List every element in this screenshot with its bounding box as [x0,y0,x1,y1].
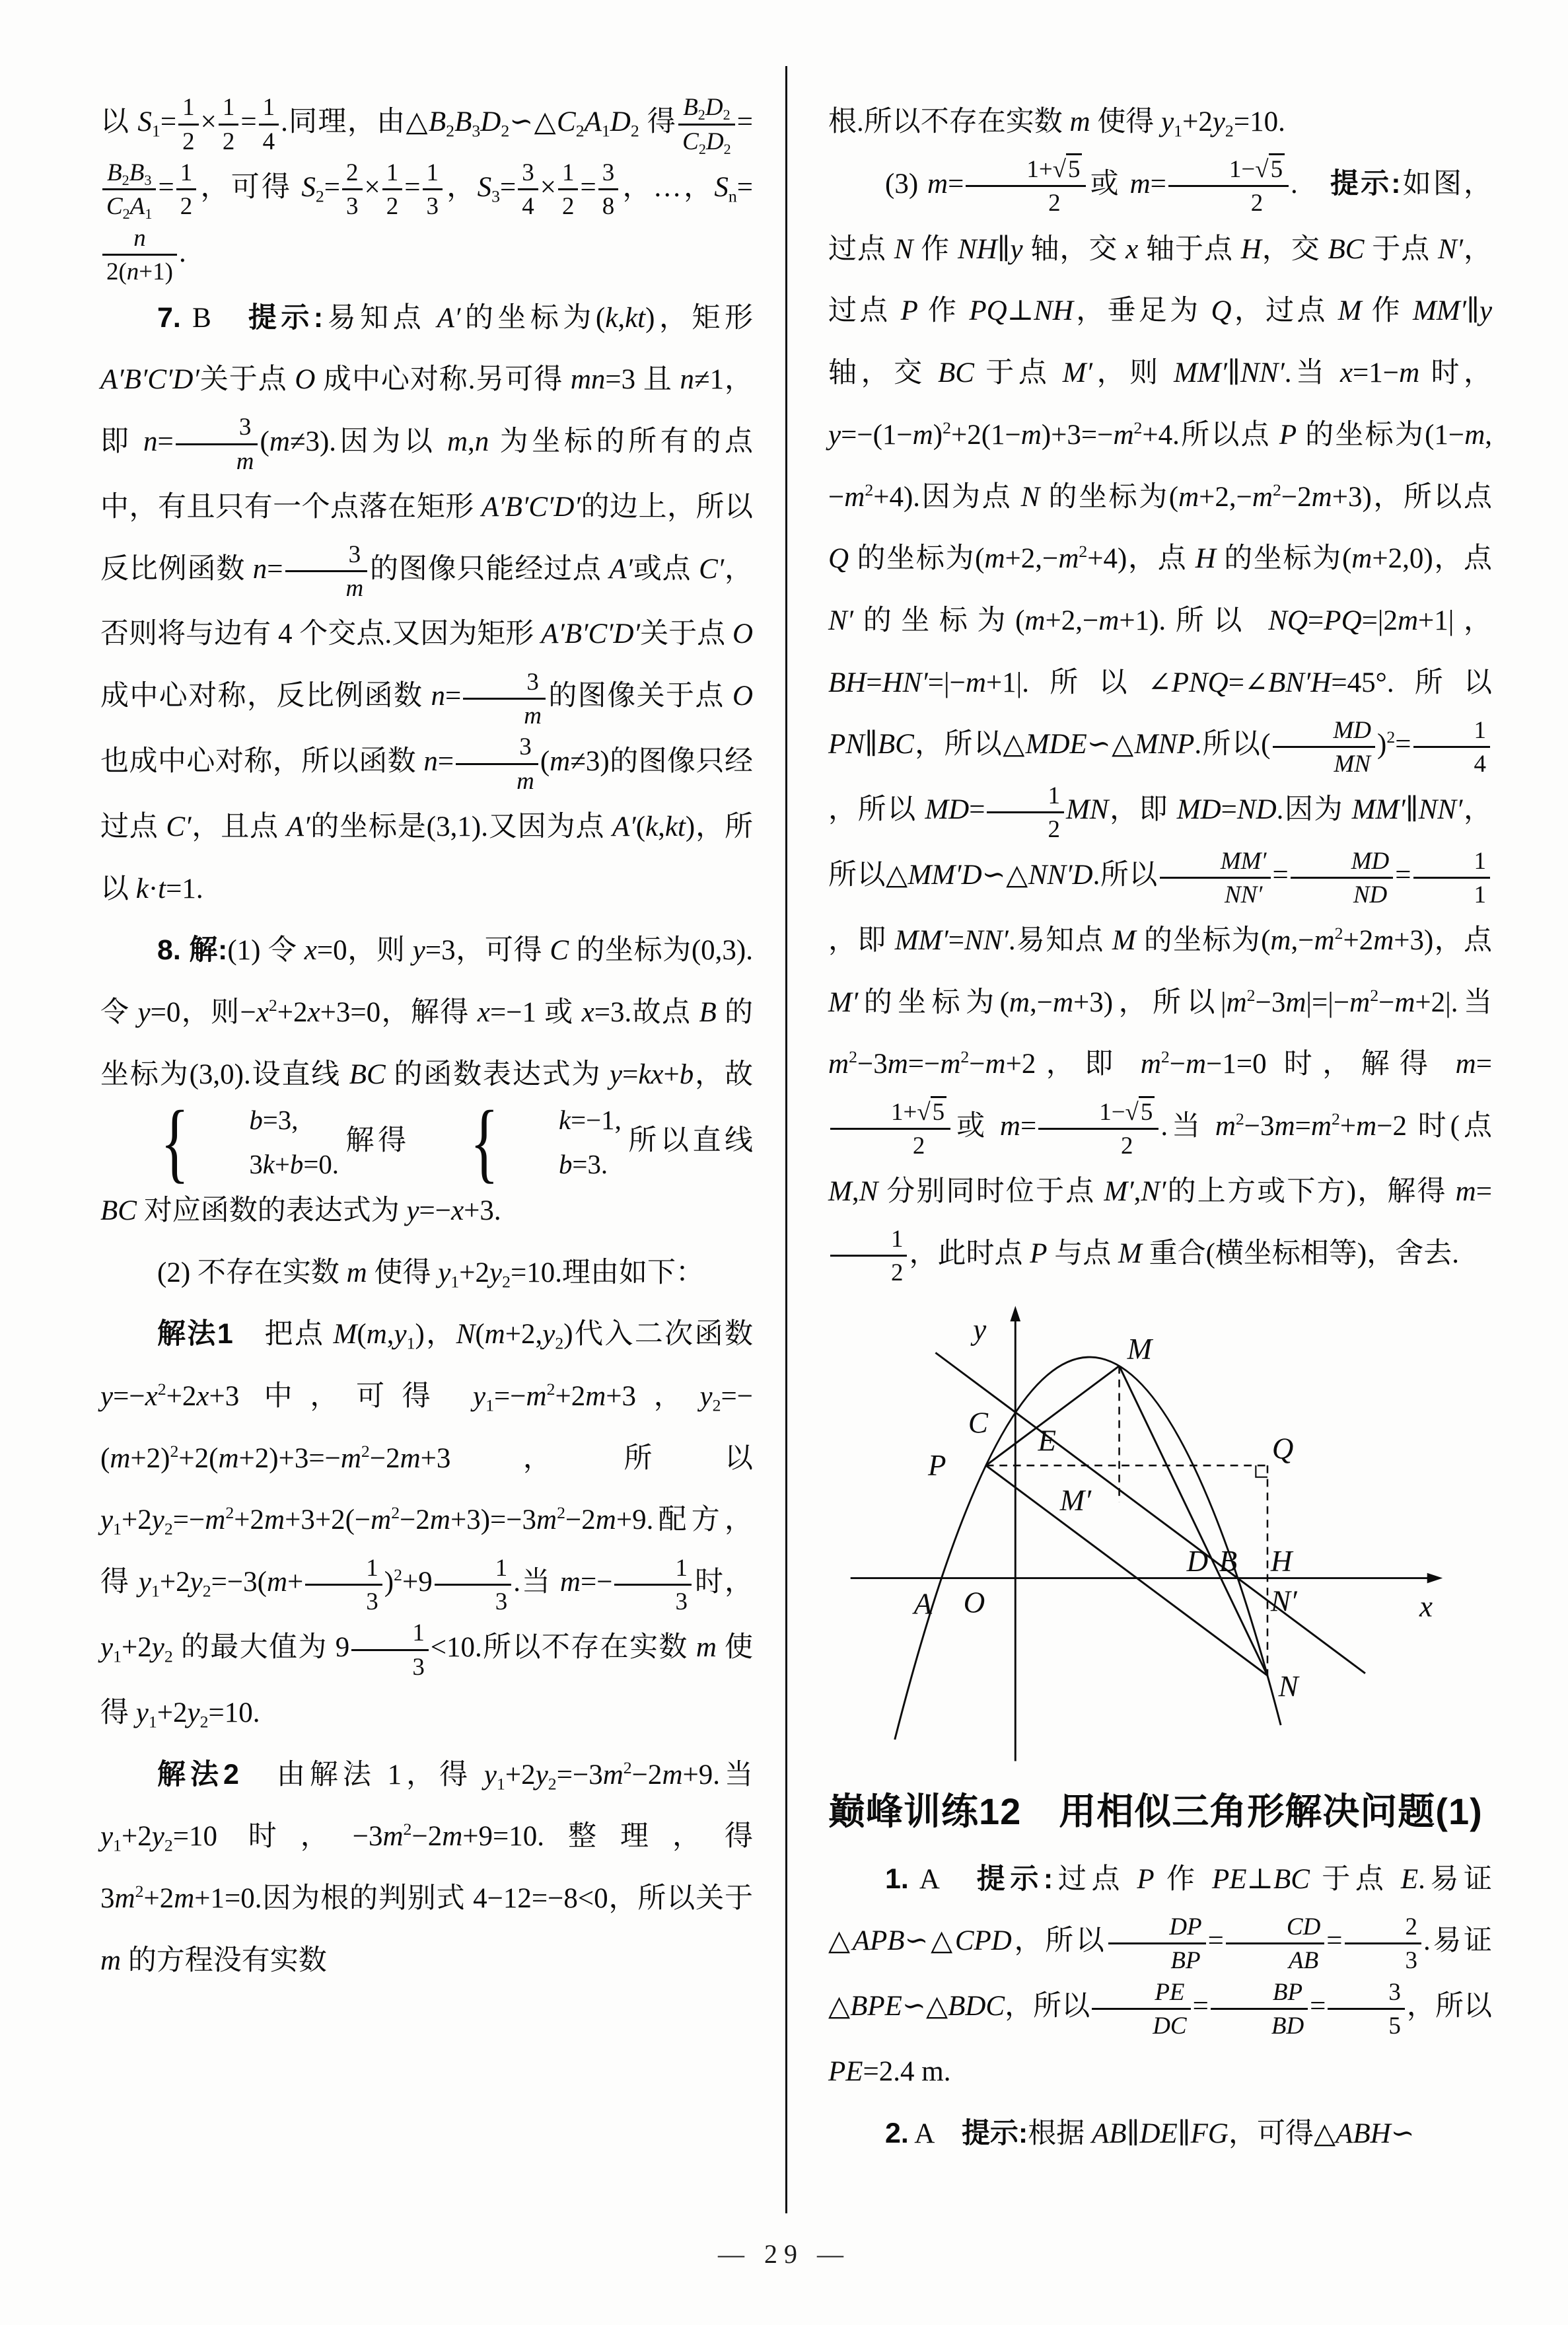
paragraph: 以 S1=12×12=14.同理，由△B2B3D2∽△C2A1D2 得B2D2C… [100,91,753,287]
left-column: 以 S1=12×12=14.同理，由△B2B3D2∽△C2A1D2 得B2D2C… [100,91,753,1992]
paragraph: 7. B 提示:易知点 A′的坐标为(k,kt)，矩形 A′B′C′D′关于点 … [100,287,753,920]
segment-mn [1120,1366,1267,1676]
right-column-top-text: 根.所以不存在实数 m 使得 y1+2y2=10.(3) m=1+√52或 m=… [828,91,1492,1288]
section-heading: 巅峰训练12 用相似三角形解决问题(1) [828,1783,1492,1835]
right-column: 根.所以不存在实数 m 使得 y1+2y2=10.(3) m=1+√52或 m=… [828,91,1492,2165]
textbook-answer-page: 以 S1=12×12=14.同理，由△B2B3D2∽△C2A1D2 得B2D2C… [0,0,1568,2325]
label-origin: O [964,1586,985,1619]
right-angle-marker-icon [1256,1465,1267,1477]
label-H: H [1270,1544,1294,1577]
label-Q: Q [1272,1432,1294,1465]
paragraph: (2) 不存在实数 m 使得 y1+2y2=10.理由如下： [100,1242,753,1304]
column-divider-line [785,66,787,2213]
line-bc [935,1352,1365,1673]
label-N: N [1278,1670,1301,1703]
label-A: A [912,1587,933,1620]
right-column-bottom-text: 1. A 提示:过点 P 作 PE⊥BC 于点 E.易证△APB∽△CPD，所以… [828,1849,1492,2165]
label-M-prime: M′ [1059,1483,1092,1516]
label-M: M [1127,1332,1154,1365]
label-E: E [1038,1424,1057,1457]
label-y-axis: y [970,1313,986,1346]
x-axis-arrow-icon [1427,1572,1443,1583]
y-axis-arrow-icon [1010,1306,1020,1321]
paragraph: 1. A 提示:过点 P 作 PE⊥BC 于点 E.易证△APB∽△CPD，所以… [828,1849,1492,2103]
page-footer: — 29 — [0,2238,1568,2270]
paragraph: 解法2 由解法 1，得 y1+2y2=−3m2−2m+9.当 y1+2y2=10… [100,1744,753,1992]
label-x-axis: x [1419,1590,1433,1623]
footer-dash-left: — [718,2239,751,2269]
label-P: P [927,1449,946,1482]
label-B: B [1219,1544,1238,1577]
label-N-prime: N′ [1270,1584,1298,1617]
footer-dash-right: — [817,2239,850,2269]
paragraph: 解法1 把点 M(m,y1)，N(m+2,y2)代入二次函数 y=−x2+2x+… [100,1304,753,1744]
coordinate-figure: y x O A B C D E H M M′ N N′ P Q [841,1303,1449,1765]
figure-svg: y x O A B C D E H M M′ N N′ P Q [841,1303,1449,1765]
label-D: D [1186,1544,1209,1577]
paragraph: 2. A 提示:根据 AB∥DE∥FG，可得△ABH∽ [828,2103,1492,2165]
paragraph: (3) m=1+√52或 m=1−√52. 提示:如图，过点 N 作 NH∥y … [828,153,1492,1288]
paragraph: 根.所以不存在实数 m 使得 y1+2y2=10. [828,91,1492,153]
label-C: C [968,1406,989,1439]
paragraph: 8. 解:(1) 令 x=0，则 y=3，可得 C 的坐标为(0,3).令 y=… [100,920,753,1241]
page-number: 29 [764,2239,804,2269]
